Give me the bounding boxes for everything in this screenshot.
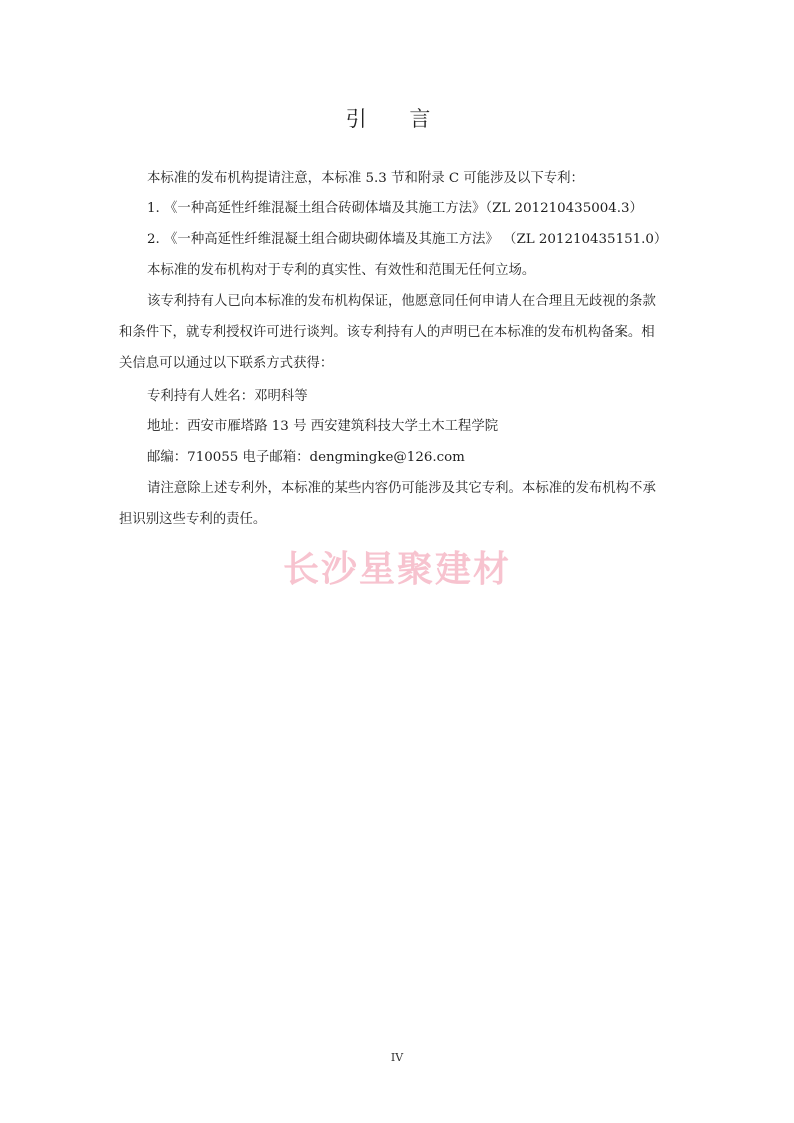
paragraph-guarantee-line-2: 和条件下，就专利授权许可进行谈判。该专利持有人的声明已在本标准的发布机构备案。相: [119, 321, 655, 340]
patent-holder-name: 专利持有人姓名：邓明科等: [147, 385, 308, 404]
paragraph-other-patents-line-2: 担识别这些专利的责任。: [119, 508, 266, 527]
paragraph-guarantee-line-3: 关信息可以通过以下联系方式获得：: [119, 352, 333, 371]
document-page: 引 言 本标准的发布机构提请注意，本标准 5.3 节和附录 C 可能涉及以下专利…: [0, 0, 794, 1123]
paragraph-guarantee-line-1: 该专利持有人已向本标准的发布机构保证，他愿意同任何申请人在合理且无歧视的条款: [147, 290, 656, 309]
page-number: IV: [0, 1051, 794, 1064]
patent-item-2: 2. 《一种高延性纤维混凝土组合砌块砌体墙及其施工方法》 （ZL 2012104…: [147, 228, 667, 247]
paragraph-patent-notice: 本标准的发布机构提请注意，本标准 5.3 节和附录 C 可能涉及以下专利：: [147, 167, 584, 186]
page-title: 引 言: [0, 103, 794, 133]
watermark: 长沙星聚建材: [0, 541, 794, 592]
address: 地址：西安市雁塔路 13 号 西安建筑科技大学土木工程学院: [147, 415, 498, 434]
postcode-email: 邮编：710055 电子邮箱：dengmingke@126.com: [147, 446, 465, 465]
paragraph-other-patents-line-1: 请注意除上述专利外，本标准的某些内容仍可能涉及其它专利。本标准的发布机构不承: [147, 477, 656, 496]
patent-item-1: 1. 《一种高延性纤维混凝土组合砖砌体墙及其施工方法》（ZL 201210435…: [147, 197, 643, 216]
paragraph-no-position: 本标准的发布机构对于专利的真实性、有效性和范围无任何立场。: [147, 259, 535, 278]
